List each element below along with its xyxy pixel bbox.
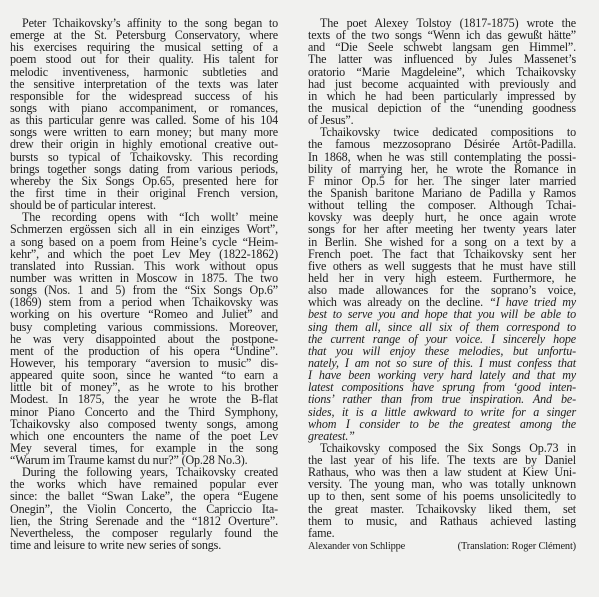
text-line: busy completing various commissions. Mor… xyxy=(10,321,278,333)
text-line: sing them all, since all six of them cor… xyxy=(308,321,576,333)
right-column: The poet Alexey Tolstoy (1817-1875) wrot… xyxy=(308,17,576,553)
text-line: The latter was influenced by Jules Masse… xyxy=(308,53,576,65)
text-line: bursts so typical of Tchaikovsky. This r… xyxy=(10,151,278,163)
text-line: Tchaikovsky also composed twenty songs, … xyxy=(10,418,278,430)
text-line: songs for her after meeting her twenty y… xyxy=(308,223,576,235)
text-line: oratorio “Marie Magdeleine”, which Tchai… xyxy=(308,66,576,78)
translator-credit: (Translation: Roger Clément) xyxy=(458,541,576,553)
text-line: the famous mezzosoprano Désirée Artôt-Pa… xyxy=(308,138,576,150)
text-line: drew their origin in highly emotional cr… xyxy=(10,138,278,150)
text-line: in Berlin. She wished for a song on a te… xyxy=(308,236,576,248)
text-line: whom I consider to be the greatest among… xyxy=(308,418,576,430)
right-column-text: The poet Alexey Tolstoy (1817-1875) wrot… xyxy=(308,17,576,539)
text-line: In 1868, when he was still contemplating… xyxy=(308,151,576,163)
text-line: minor Piano Concerto and the Third Symph… xyxy=(10,406,278,418)
text-line: the current range of your voice. I since… xyxy=(308,333,576,345)
text-line: Modest. In 1875, the year he wrote the B… xyxy=(10,393,278,405)
text-line: working on his overture “Romeo and Julie… xyxy=(10,308,278,320)
text-line: since: the ballet “Swan Lake”, the opera… xyxy=(10,490,278,502)
text-line: French poet. The fact that Tchaikovsky s… xyxy=(308,248,576,260)
text-line: the great master. Tchaikovsky liked them… xyxy=(308,503,576,515)
text-line: kehr”, and which the poet Lev Mey (1822-… xyxy=(10,248,278,260)
text-line: Schmerzen ergössen sich all in ein einzi… xyxy=(10,223,278,235)
text-line: up to then, sent some of his poems unsol… xyxy=(308,490,576,502)
text-line: poem stood out for their quality. His ta… xyxy=(10,53,278,65)
author-name: Alexander von Schlippe xyxy=(308,541,405,553)
signature-line: Alexander von Schlippe (Translation: Rog… xyxy=(308,541,576,553)
text-line: brings together songs dating from variou… xyxy=(10,163,278,175)
text-line: melodic inventiveness, harmonic subtleti… xyxy=(10,66,278,78)
text-line: time and leisure to write new series of … xyxy=(10,539,278,551)
text-line: a song based on a poem from Heine’s cycl… xyxy=(10,236,278,248)
text-line: bility of marrying her, he wrote the Rom… xyxy=(308,163,576,175)
text-line: tions’ rather than from true inspiration… xyxy=(308,393,576,405)
text-line: fame. xyxy=(308,527,576,539)
booklet-page: Peter Tchaikovsky’s affinity to the song… xyxy=(0,0,599,597)
text-line: Onegin”, the Violin Concerto, the Capric… xyxy=(10,503,278,515)
text-line: best to serve you and hope that you will… xyxy=(308,308,576,320)
text-line: he was very disappointed about the postp… xyxy=(10,333,278,345)
text-line: sides, it is a little awkward to write f… xyxy=(308,406,576,418)
text-line: them to music, and Rathaus achieved last… xyxy=(308,515,576,527)
left-column: Peter Tchaikovsky’s affinity to the song… xyxy=(10,17,278,551)
